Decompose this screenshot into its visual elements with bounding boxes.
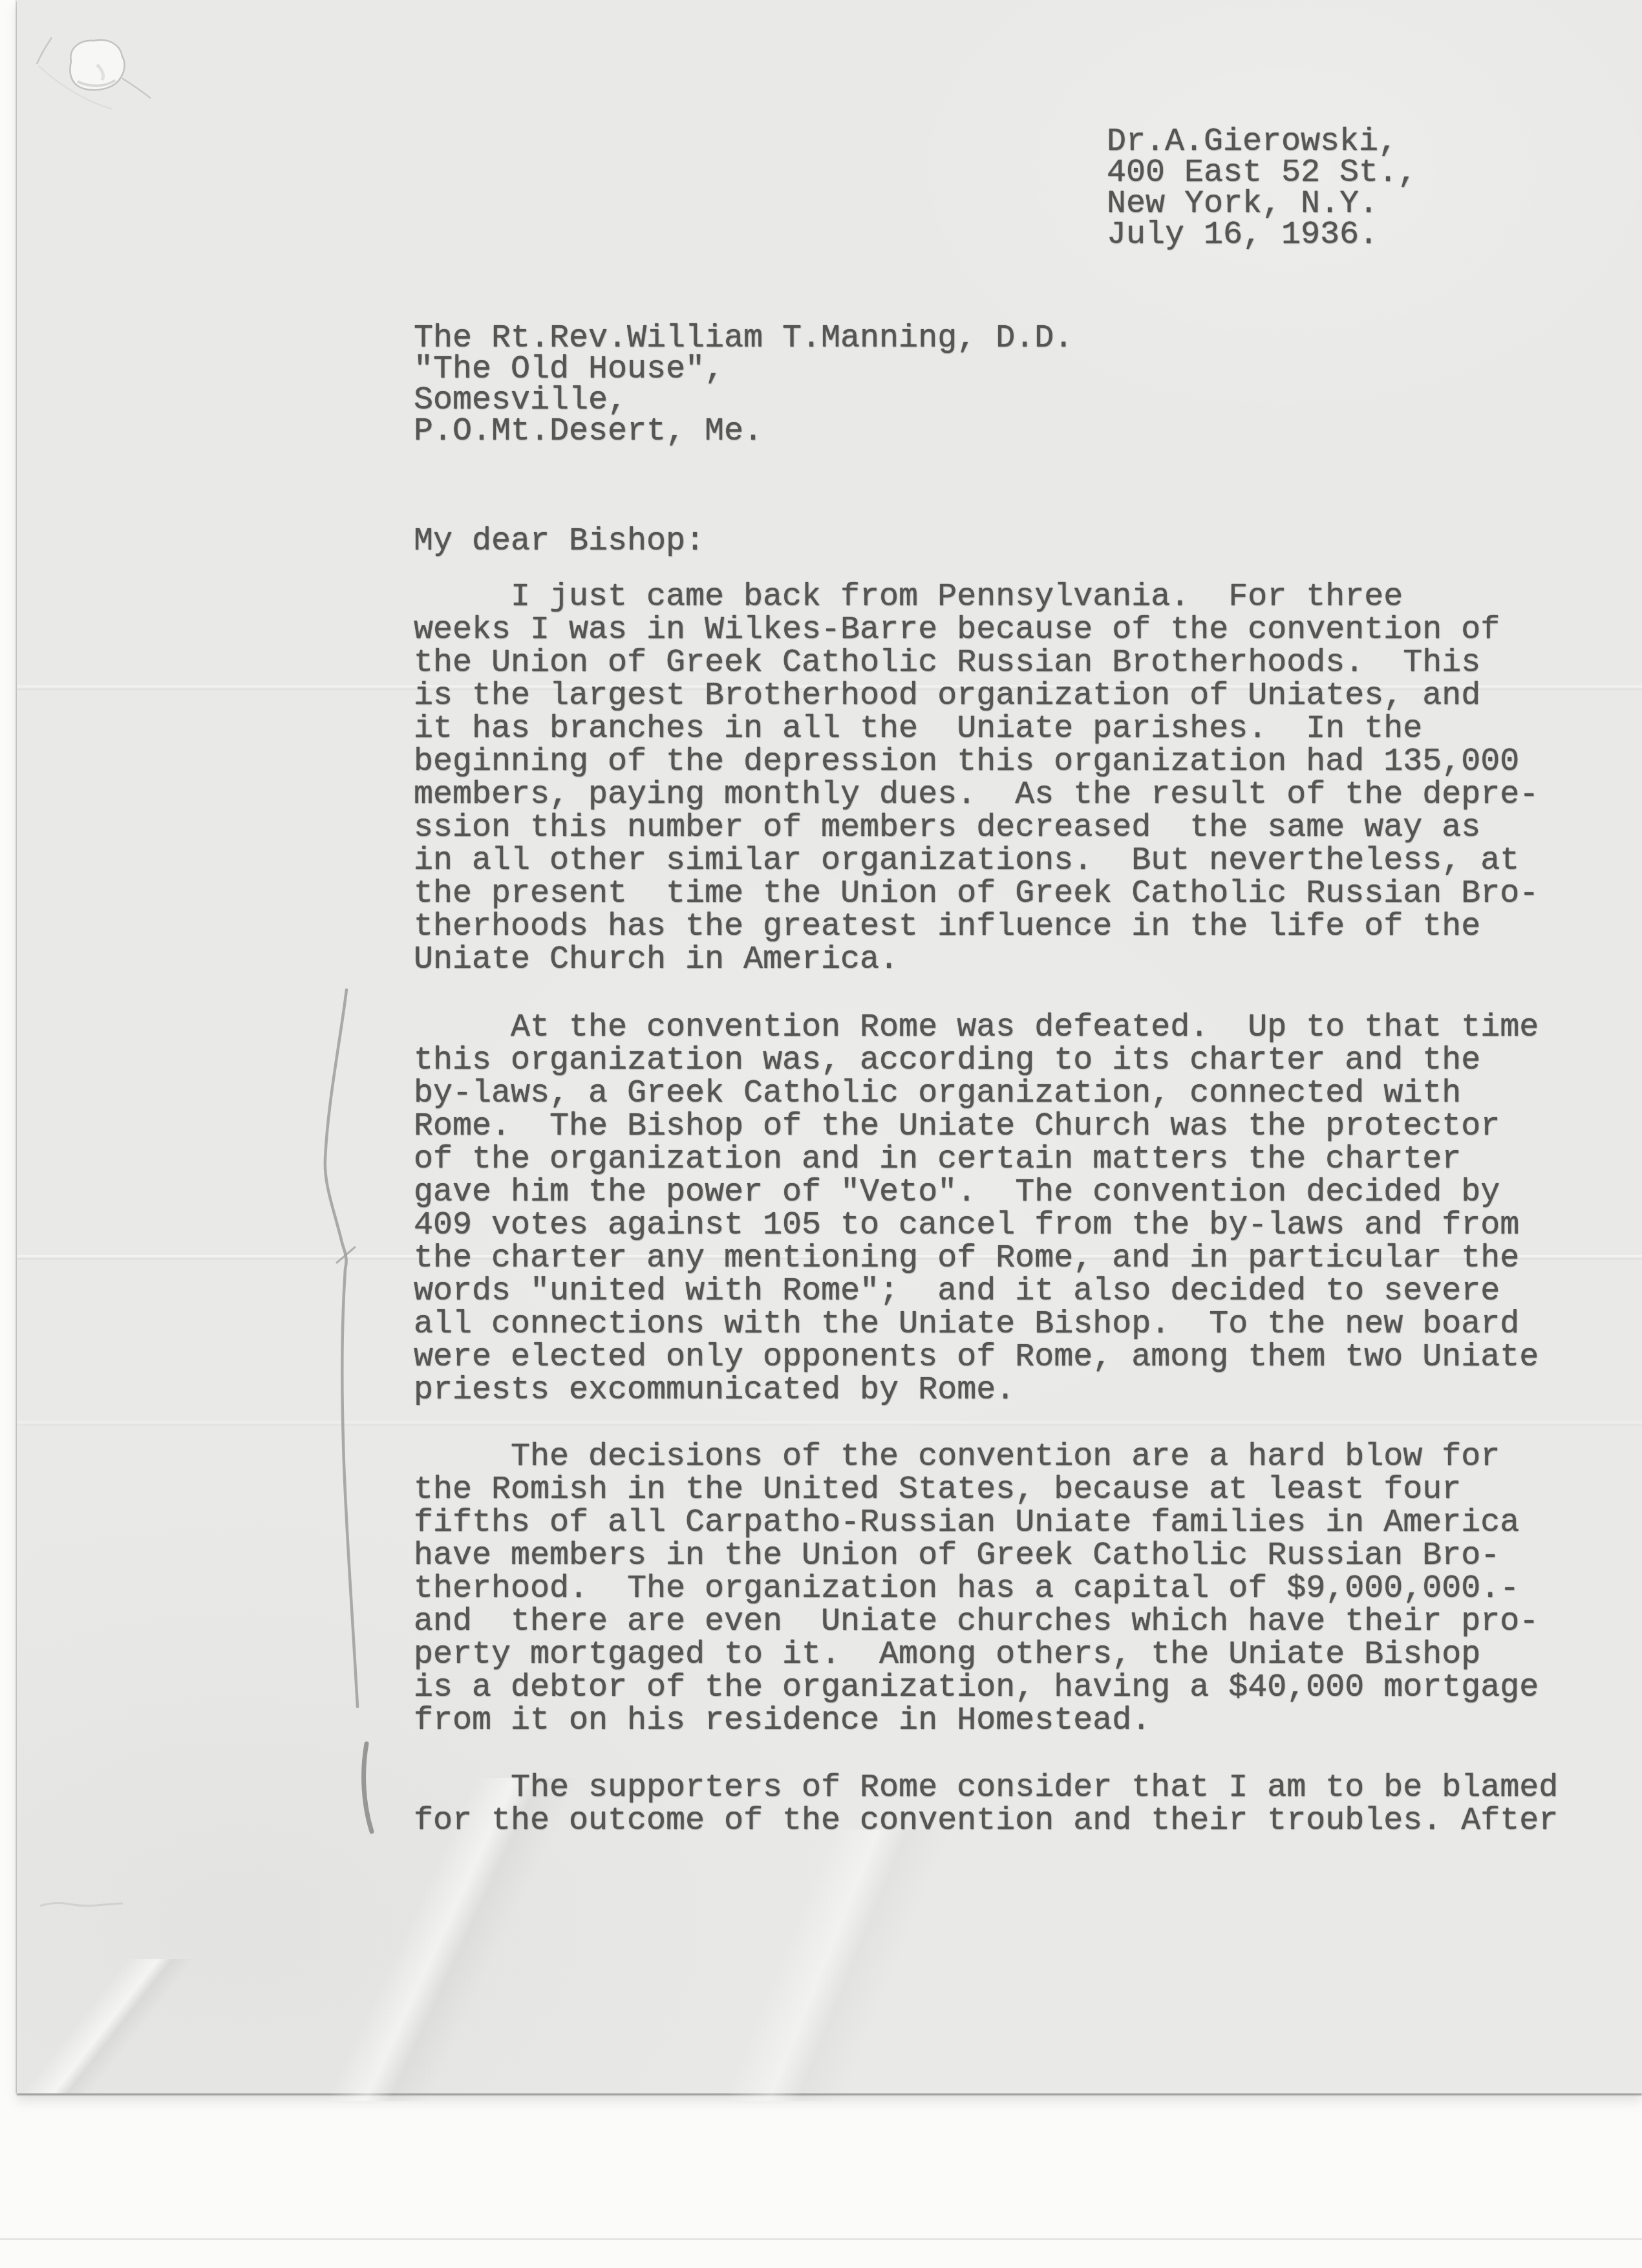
- paper-tear-hole: [37, 37, 151, 109]
- scanned-letter-page: Dr.A.Gierowski,400 East 52 St.,New York,…: [0, 0, 1642, 2268]
- pencil-margin-line-long: [325, 990, 357, 1707]
- pencil-margin-line-short: [364, 1744, 372, 1832]
- pencil-smudge: [40, 1903, 123, 1906]
- paper-marks-overlay: [0, 0, 1642, 2268]
